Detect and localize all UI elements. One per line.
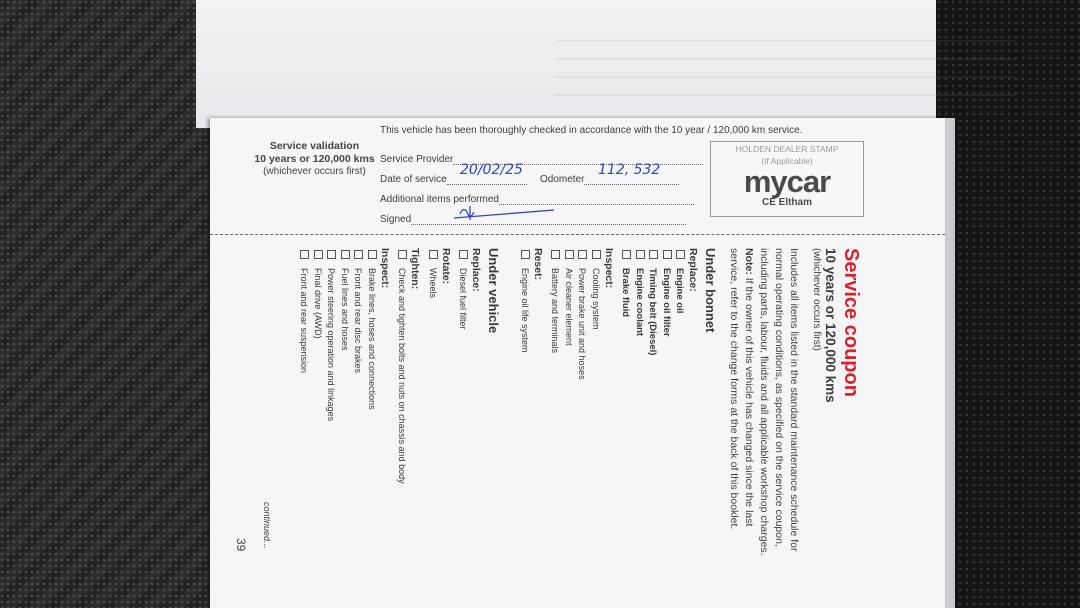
service-provider-label: Service Provider	[380, 154, 453, 165]
checklist-item-label: Fuel lines and hoses	[340, 268, 350, 351]
checklist-item[interactable]: Engine oil	[674, 250, 685, 313]
checkbox[interactable]	[521, 250, 530, 259]
checklist-item[interactable]: Brake fluid	[620, 250, 631, 317]
validation-title-line1: Service validation	[252, 140, 377, 153]
group-label: Inspect:	[603, 248, 615, 288]
checklist-item[interactable]: Cooling system	[591, 250, 601, 330]
continued-note: continued...	[262, 502, 272, 549]
validation-title: Service validation 10 years or 120,000 k…	[252, 140, 377, 166]
checklist-item-label: Check and tighten bolts and nuts on chas…	[397, 268, 407, 484]
checkbox[interactable]	[429, 250, 438, 259]
checkbox[interactable]	[368, 250, 377, 259]
group-label: Tighten:	[409, 248, 421, 289]
checklist-item-label: Diesel fuel filter	[458, 268, 468, 330]
group-label: Rotate:	[440, 248, 452, 284]
checklist-item-label: Wheels	[428, 268, 438, 298]
mycar-logo: mycar	[711, 167, 863, 197]
checklist-item-label: Cooling system	[591, 268, 601, 330]
coupon-description-line: including parts, labour, fluids and all …	[756, 248, 772, 556]
checklist-item[interactable]: Fuel lines and hoses	[340, 250, 350, 351]
coupon-description-line: normal operating conditions, as specifie…	[771, 248, 787, 547]
checkbox[interactable]	[327, 250, 336, 259]
checklist-item-label: Power steering operation and linkages	[326, 268, 336, 421]
checklist-item-label: Engine coolant	[634, 268, 645, 336]
group-label: Replace:	[687, 248, 699, 292]
checkbox[interactable]	[341, 250, 350, 259]
checkbox[interactable]	[592, 250, 601, 259]
checklist-item-label: Engine oil	[674, 268, 685, 313]
checklist-item[interactable]: Battery and terminals	[550, 250, 560, 353]
checklist-item[interactable]: Air cleaner element	[564, 250, 574, 346]
service-validation-block: Service validation 10 years or 120,000 k…	[210, 118, 945, 230]
checkbox[interactable]	[622, 250, 631, 259]
odometer-value: 112, 532	[598, 162, 660, 178]
seat-fabric-background	[0, 0, 215, 608]
coupon-note-line: Note: If the owner of this vehicle has c…	[741, 248, 757, 526]
coupon-subtitle: 10 years or 120,000 kms	[823, 248, 838, 403]
checklist-item[interactable]: Engine coolant	[634, 250, 645, 336]
checklist-item-label: Timing belt (Diesel)	[647, 268, 658, 355]
checkbox[interactable]	[398, 250, 407, 259]
checklist-item[interactable]: Final drive (AWD)	[313, 250, 323, 339]
checklist-item[interactable]: Front and rear disc brakes	[353, 250, 363, 373]
checklist-item-label: Brake lines, hoses and connections	[367, 268, 377, 410]
validation-title-line2: 10 years or 120,000 kms	[252, 153, 377, 166]
section-under-vehicle: Under vehicle	[486, 248, 501, 333]
checklist-item-label: Front and rear disc brakes	[353, 268, 363, 373]
group-label: Reset:	[532, 248, 544, 280]
checklist-item[interactable]: Check and tighten bolts and nuts on chas…	[397, 250, 407, 484]
checkbox[interactable]	[649, 250, 658, 259]
checklist-item[interactable]: Timing belt (Diesel)	[647, 250, 658, 355]
checklist-item[interactable]: Power steering operation and linkages	[326, 250, 336, 421]
checklist-item-label: Battery and terminals	[550, 268, 560, 353]
stamp-title: HOLDEN DEALER STAMP	[711, 145, 863, 154]
checklist-item[interactable]: Diesel fuel filter	[458, 250, 468, 330]
checklist-item-label: Brake fluid	[620, 268, 631, 317]
odometer-label: Odometer	[540, 174, 584, 185]
validation-statement: This vehicle has been thoroughly checked…	[380, 125, 802, 136]
cut-line	[210, 234, 945, 235]
coupon-description-line: Includes all items listed in the standar…	[786, 248, 802, 552]
checkbox[interactable]	[578, 250, 587, 259]
coupon-title: Service coupon	[839, 248, 862, 397]
checkbox[interactable]	[676, 250, 685, 259]
signature-mark	[450, 202, 560, 224]
checkbox[interactable]	[663, 250, 672, 259]
stamp-location: CE Eltham	[711, 197, 863, 208]
checkbox[interactable]	[300, 250, 309, 259]
note-label: Note:	[743, 248, 755, 275]
validation-subtitle: (whichever occurs first)	[252, 166, 377, 177]
dealer-stamp-box: HOLDEN DEALER STAMP (If Applicable) myca…	[710, 141, 864, 217]
checklist-item-label: Power brake unit and hoses	[577, 268, 587, 380]
checklist-item-label: Front and rear suspension	[299, 268, 309, 373]
service-booklet-page: Service validation 10 years or 120,000 k…	[210, 118, 945, 608]
checklist-item-label: Final drive (AWD)	[313, 268, 323, 339]
date-of-service-value: 20/02/25	[460, 162, 523, 178]
group-label: Inspect:	[379, 248, 391, 288]
checkbox[interactable]	[551, 250, 560, 259]
checkbox[interactable]	[459, 250, 468, 259]
checklist-item-label: Engine oil filter	[661, 268, 672, 337]
checkbox[interactable]	[565, 250, 574, 259]
checklist-item[interactable]: Power brake unit and hoses	[577, 250, 587, 380]
checklist-item[interactable]: Engine oil life system	[520, 250, 530, 353]
checklist-item-label: Air cleaner element	[564, 268, 574, 346]
checklist-item-label: Engine oil life system	[520, 268, 530, 353]
checkbox[interactable]	[314, 250, 323, 259]
signed-label: Signed	[380, 214, 411, 225]
checkbox[interactable]	[354, 250, 363, 259]
checklist-item[interactable]: Front and rear suspension	[299, 250, 309, 373]
checklist-item[interactable]: Wheels	[428, 250, 438, 298]
coupon-note-line: service, refer to the change forms at th…	[726, 248, 742, 529]
section-under-bonnet: Under bonnet	[703, 248, 718, 333]
previous-page	[196, 0, 936, 128]
checkbox[interactable]	[636, 250, 645, 259]
page-number: 39	[234, 538, 248, 551]
group-label: Replace:	[470, 248, 482, 292]
checklist-item[interactable]: Engine oil filter	[661, 250, 672, 337]
date-of-service-label: Date of service	[380, 174, 447, 185]
coupon-subtitle-note: (whichever occurs first)	[811, 248, 822, 351]
checklist-item[interactable]: Brake lines, hoses and connections	[367, 250, 377, 410]
